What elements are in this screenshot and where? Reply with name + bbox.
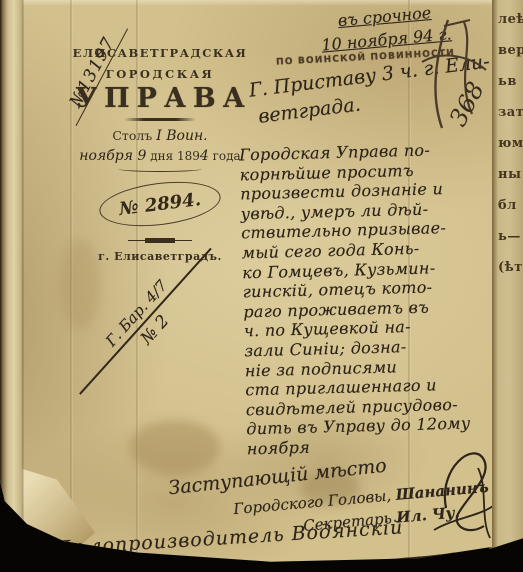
date-line: ноября 9 дня 1894 года xyxy=(68,148,252,164)
document-page: №13197 ЕЛИСАВЕТГРАДСКАЯ ГОРОДСКАЯ УПРАВА… xyxy=(0,0,492,572)
neighbor-text-fragment: ьв xyxy=(498,74,523,105)
document-number-oval: № 2894. xyxy=(97,176,223,233)
neighbor-text-fragment: юм xyxy=(498,136,523,167)
paper-stain xyxy=(130,420,220,475)
desk-value-handwritten: I Воин. xyxy=(156,128,207,144)
neighbor-text-fragment: ь— xyxy=(498,229,523,260)
neighbor-text-fragment: зат xyxy=(498,105,523,136)
date-handwritten: ноября 9 xyxy=(79,148,146,164)
date-handwritten-year: 4 xyxy=(200,148,209,164)
handwritten-body: Городская Управа по-корнѣйше проситъпрои… xyxy=(239,139,507,459)
neighbor-text-fragment: леѣ xyxy=(498,12,523,43)
neighbor-text-fragment: (ѣт xyxy=(498,260,523,291)
document-number: № 2894. xyxy=(118,189,202,220)
document-scan: леѣверьвзатюмныбль—(ѣт №13197 ЕЛИСАВЕТГР… xyxy=(0,0,523,572)
neighbor-text-fragment: ны xyxy=(498,167,523,198)
date-printed-end: года xyxy=(213,149,241,163)
desk-label: Столъ xyxy=(112,128,152,143)
date-printed-mid: дня 189 xyxy=(150,149,200,163)
bar-ornament xyxy=(128,238,192,243)
letterhead: ЕЛИСАВЕТГРАДСКАЯ ГОРОДСКАЯ УПРАВА Столъ … xyxy=(68,46,252,263)
letterhead-org-line1: ЕЛИСАВЕТГРАДСКАЯ xyxy=(68,46,252,60)
neighbor-text-fragment: бл xyxy=(498,198,523,229)
squiggle-rule xyxy=(118,166,202,172)
letterhead-ornament-rule xyxy=(124,118,196,121)
page-spine-edge xyxy=(0,0,24,572)
letterhead-org-line2: ГОРОДСКАЯ xyxy=(68,67,252,81)
clerk-line: Дѣлопроизводитель Водянскій xyxy=(55,516,404,559)
neighbor-text-fragments: леѣверьвзатюмныбль—(ѣт xyxy=(489,0,523,291)
clerk-underline-flourish xyxy=(295,547,455,567)
neighbor-page-strip: леѣверьвзатюмныбль—(ѣт xyxy=(489,0,523,552)
letterhead-org-name: УПРАВА xyxy=(68,83,252,114)
neighbor-text-fragment: вер xyxy=(498,43,523,74)
city-line: г. Елисаветградъ. xyxy=(68,250,252,263)
desk-line: Столъ I Воин. xyxy=(68,128,252,144)
